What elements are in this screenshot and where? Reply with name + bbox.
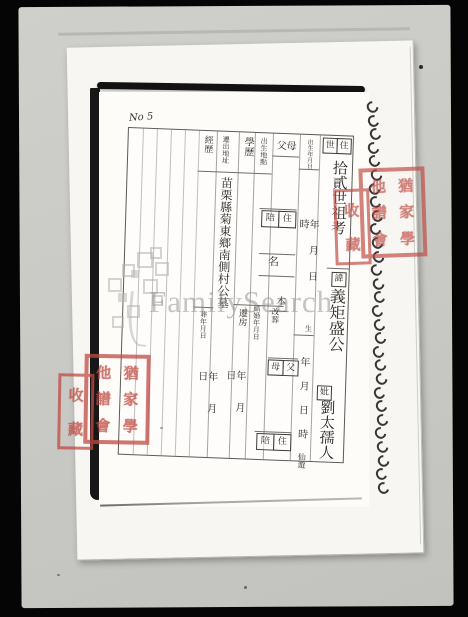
header-birthplace: 出生地點 (257, 137, 270, 173)
header-moved-address: 遷出地址 (219, 136, 232, 172)
birth-small-note: 生 (304, 325, 312, 335)
seal-character: 學 (117, 413, 144, 439)
seal-side-square: 收藏 (57, 373, 94, 450)
seal-character: 藏 (339, 227, 366, 260)
seal-character: 家 (117, 387, 144, 413)
archive-seal-stamp-left: 猶他家譜學會收藏 (57, 353, 145, 446)
header-birthdate: 出生年月日 (304, 139, 314, 169)
page-number-annotation: No 5 (129, 111, 154, 124)
residence-box-2a: 陪 (256, 433, 275, 451)
wife-name: 劉太孺人 (315, 399, 338, 460)
watermark-square (112, 316, 124, 328)
residence-box-1b: 住 (278, 211, 297, 229)
date-column-b: 年月日 (225, 370, 241, 450)
watermark-square (150, 247, 162, 259)
dust-speck (244, 586, 247, 589)
generation-box-zhu: 住 (336, 138, 352, 155)
residence-box-1a: 陪 (261, 210, 280, 228)
watermark-square (131, 270, 139, 278)
header-parents: 父母 (274, 139, 298, 155)
dust-speck (160, 427, 163, 429)
table-rule-line (258, 275, 294, 277)
dust-speck (419, 65, 423, 69)
dust-speck (57, 574, 60, 576)
seal-character: 學 (394, 225, 421, 251)
archive-seal-stamp-right: 猶他家譜學會收藏 (332, 167, 421, 264)
familysearch-watermark-text: FamilySearch (149, 284, 333, 320)
table-rule-line (272, 156, 299, 158)
seal-character: 收 (338, 193, 365, 226)
header-education: 學歷 (240, 136, 254, 168)
residence-box-2b: 住 (273, 434, 292, 452)
watermark-square (155, 262, 169, 276)
seal-character: 猶 (118, 360, 145, 386)
seal-character: 收 (63, 378, 90, 410)
parents-box-mu: 母 (267, 359, 284, 376)
seal-side-square: 收藏 (333, 188, 372, 265)
name-label: 名 (266, 255, 281, 272)
seal-character: 藏 (62, 412, 89, 444)
date-column-a: 年月日 (197, 371, 213, 451)
scanned-genealogy-photo: { "photo": { "page_number_label": "No 5"… (0, 0, 468, 617)
watermark-square (118, 293, 127, 302)
hui-box: 諱 (331, 272, 346, 288)
seal-character: 家 (393, 199, 420, 225)
seal-character: 猶 (392, 173, 419, 199)
watermark-square (108, 278, 122, 292)
header-experience: 經歷 (200, 135, 214, 169)
parents-box-fu: 父 (282, 360, 299, 377)
death-note: 仙遊 (296, 452, 306, 472)
